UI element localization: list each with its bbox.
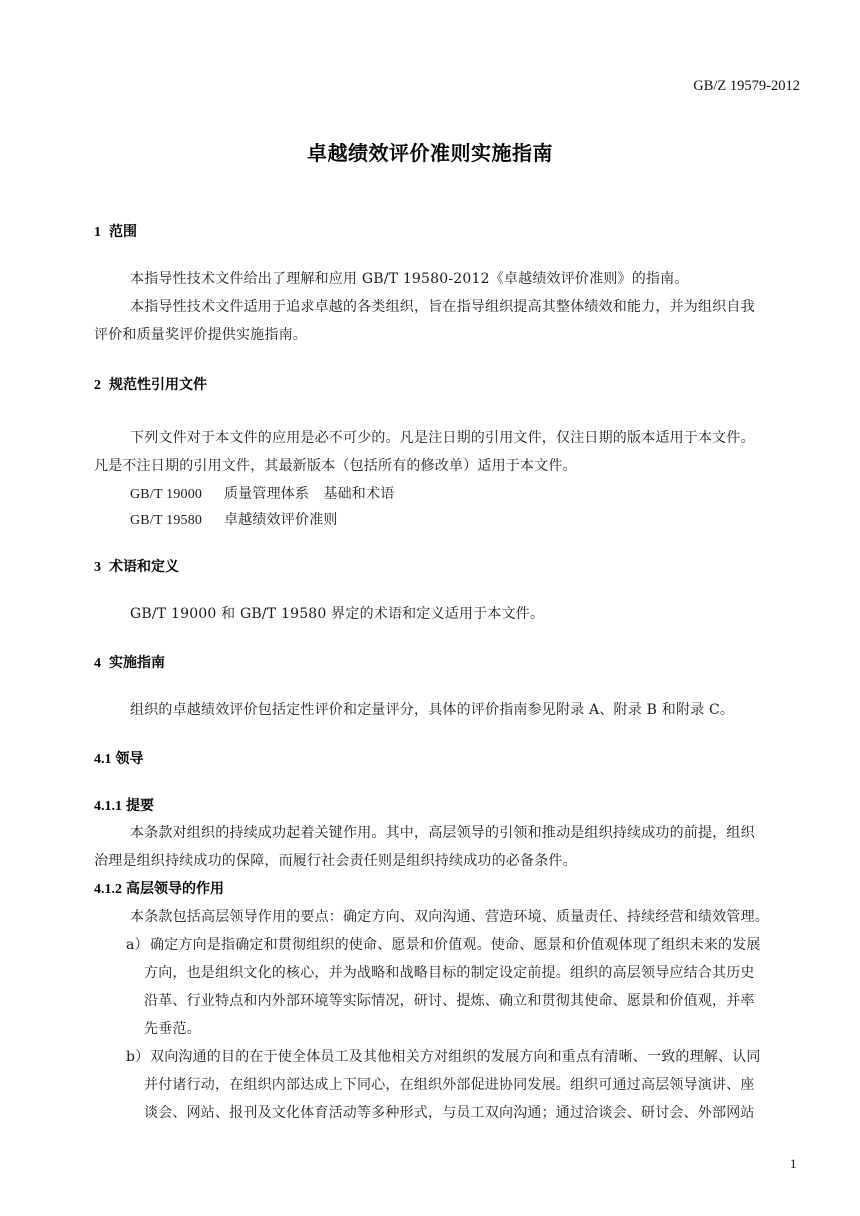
reference-item: GB/T 19000质量管理体系 基础和术语 [130, 483, 394, 503]
list-item-line: 方向，也是组织文化的核心，并为战略和战略目标的制定设定前提。组织的高层领导应结合… [144, 962, 755, 982]
section-heading-1: 1范围 [94, 221, 137, 241]
section-title: 高层领导的作用 [126, 881, 224, 897]
section-title: 术语和定义 [109, 559, 179, 575]
paragraph-continuation: 凡是不注日期的引用文件，其最新版本（包括所有的修改单）适用于本文件。 [94, 455, 577, 475]
paragraph: 本指导性技术文件给出了理解和应用 GB/T 19580-2012《卓越绩效评价准… [130, 268, 689, 288]
paragraph: GB/T 19000 和 GB/T 19580 界定的术语和定义适用于本文件。 [130, 603, 544, 623]
reference-title: 卓越绩效评价准则 [224, 509, 338, 529]
list-item-line: 先垂范。 [144, 1018, 201, 1038]
list-item-line: 确定方向是指确定和贯彻组织的使命、愿景和价值观。使命、愿景和价值观体现了组织未来… [150, 934, 761, 954]
section-heading-3: 3术语和定义 [94, 556, 179, 576]
section-number: 3 [94, 560, 101, 575]
section-number: 4 [94, 656, 101, 671]
list-item-line: 谈会、网站、报刊及文化体育活动等多种形式，与员工双向沟通；通过洽谈会、研讨会、外… [144, 1102, 755, 1122]
subsection-heading-4-1: 4.1领导 [94, 748, 144, 768]
subsection-heading-4-1-1: 4.1.1提要 [94, 795, 154, 815]
section-title: 实施指南 [109, 655, 165, 671]
section-heading-2: 2规范性引用文件 [94, 374, 207, 394]
paragraph: 本指导性技术文件适用于追求卓越的各类组织，旨在指导组织提高其整体绩效和能力，并为… [130, 296, 755, 316]
section-title: 范围 [109, 224, 137, 240]
paragraph-continuation: 评价和质量奖评价提供实施指南。 [94, 324, 307, 344]
paragraph: 下列文件对于本文件的应用是必不可少的。凡是注日期的引用文件，仅注日期的版本适用于… [130, 427, 755, 447]
paragraph: 本条款对组织的持续成功起着关键作用。其中，高层领导的引领和推动是组织持续成功的前… [130, 822, 755, 842]
list-item-label: a） [126, 934, 149, 954]
list-item-line: 并付诸行动，在组织内部达成上下同心，在组织外部促进协同发展。组织可通过高层领导演… [144, 1074, 755, 1094]
list-item-line: 双向沟通的目的在于使全体员工及其他相关方对组织的发展方向和重点有清晰、一致的理解… [150, 1046, 761, 1066]
list-item-label: b） [126, 1046, 149, 1066]
section-number: 4.1.2 [94, 882, 122, 897]
document-title: 卓越绩效评价准则实施指南 [0, 137, 860, 166]
paragraph: 本条款包括高层领导作用的要点：确定方向、双向沟通、营造环境、质量责任、持续经营和… [130, 906, 769, 926]
section-number: 1 [94, 225, 101, 240]
section-title: 规范性引用文件 [109, 377, 207, 393]
section-number: 2 [94, 378, 101, 393]
page-number: 1 [790, 1156, 797, 1172]
standard-number: GB/Z 19579-2012 [693, 78, 800, 95]
section-title: 领导 [116, 751, 144, 767]
section-heading-4: 4实施指南 [94, 652, 165, 672]
paragraph-continuation: 治理是组织持续成功的保障，而履行社会责任则是组织持续成功的必备条件。 [94, 850, 577, 870]
subsection-heading-4-1-2: 4.1.2高层领导的作用 [94, 878, 224, 898]
reference-code: GB/T 19000 [130, 487, 224, 503]
reference-item: GB/T 19580卓越绩效评价准则 [130, 509, 338, 529]
reference-code: GB/T 19580 [130, 513, 224, 529]
list-item-line: 沿革、行业特点和内外部环境等实际情况，研讨、提炼、确立和贯彻其使命、愿景和价值观… [144, 990, 755, 1010]
reference-title: 质量管理体系 基础和术语 [224, 483, 394, 503]
section-number: 4.1 [94, 752, 112, 767]
section-number: 4.1.1 [94, 799, 122, 814]
section-title: 提要 [126, 798, 154, 814]
document-page: GB/Z 19579-2012 卓越绩效评价准则实施指南 1范围 本指导性技术文… [0, 0, 860, 1216]
paragraph: 组织的卓越绩效评价包括定性评价和定量评分，具体的评价指南参见附录 A、附录 B … [130, 699, 734, 719]
